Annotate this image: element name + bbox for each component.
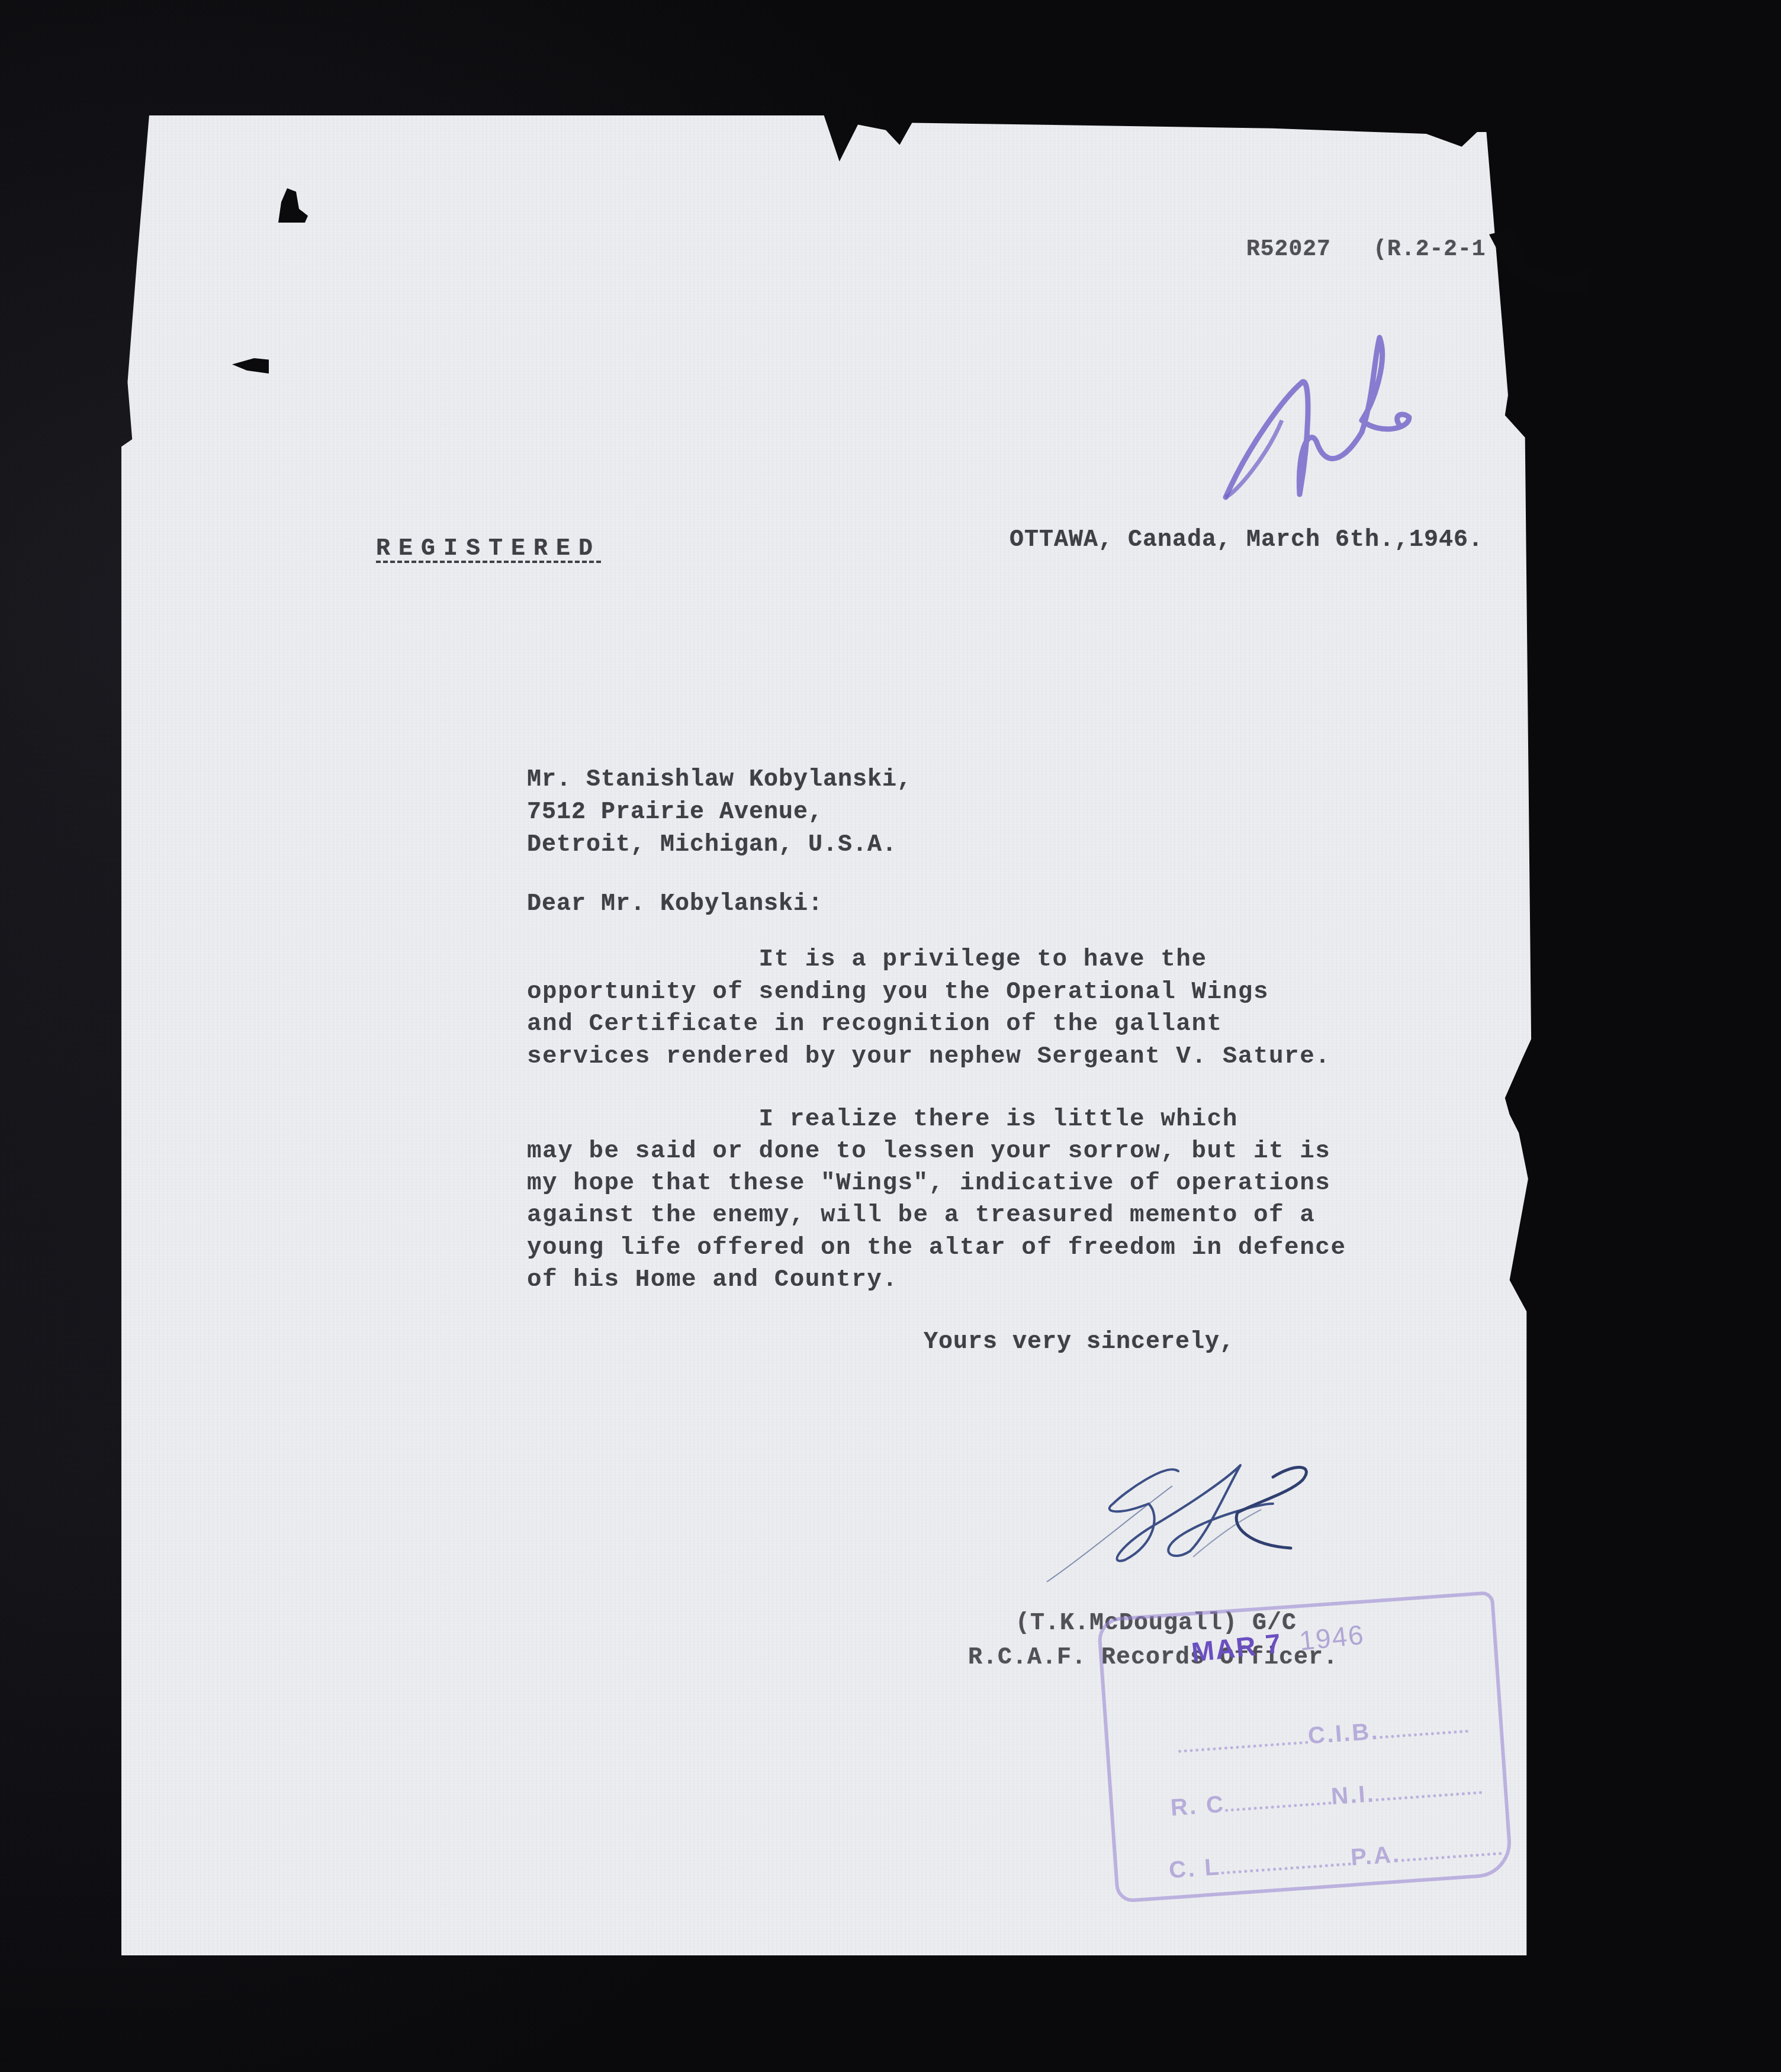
place-date: OTTAWA, Canada, March 6th.,1946. [1010, 527, 1483, 554]
paragraph-line: and Certificate in recognition of the ga… [527, 1011, 1223, 1038]
paragraph-line: my hope that these "Wings", indicative o… [527, 1170, 1330, 1197]
salutation: Dear Mr. Kobylanski: [527, 891, 823, 918]
paragraph-line: young life offered on the altar of freed… [527, 1234, 1346, 1262]
paragraph-line: services rendered by your nephew Sergean… [527, 1043, 1330, 1070]
handwritten-initials-icon [1184, 326, 1480, 533]
paragraph-line: may be said or done to lessen your sorro… [527, 1138, 1330, 1165]
paragraph-line: against the enemy, will be a treasured m… [527, 1202, 1315, 1229]
stamp-row-label: P.A. [1350, 1841, 1402, 1871]
stamp-date-year: 1946 [1298, 1619, 1366, 1656]
registered-label: REGISTERED [376, 536, 601, 562]
handwritten-signature-icon [1036, 1444, 1391, 1598]
file-reference: R52027 (R.2-2-1 [1246, 237, 1486, 262]
closing: Yours very sincerely, [924, 1329, 1235, 1356]
stamp-date-month-day: MAR 7 [1190, 1627, 1284, 1668]
stamp-row-prefix: R. C [1170, 1791, 1226, 1821]
stamp-date: MAR 71946 [1190, 1619, 1367, 1668]
received-stamp: MAR 71946 C.I.B. R. CN.I. C. LP.A. [1097, 1591, 1513, 1903]
stamp-row-prefix [1177, 1732, 1179, 1758]
stamp-row-label: N.I. [1330, 1781, 1376, 1810]
recipient-street: 7512 Prairie Avenue, [527, 799, 823, 826]
paragraph-line: I realize there is little which [527, 1106, 1238, 1133]
paragraph-line: It is a privilege to have the [527, 946, 1207, 973]
paragraph-line: opportunity of sending you the Operation… [527, 979, 1269, 1006]
paragraph-line: of his Home and Country. [527, 1266, 898, 1294]
stamp-row-label: C.I.B. [1307, 1718, 1380, 1749]
stamp-row-prefix: C. L [1168, 1854, 1221, 1883]
recipient-name: Mr. Stanishlaw Kobylanski, [527, 767, 912, 793]
recipient-city: Detroit, Michigan, U.S.A. [527, 832, 897, 858]
